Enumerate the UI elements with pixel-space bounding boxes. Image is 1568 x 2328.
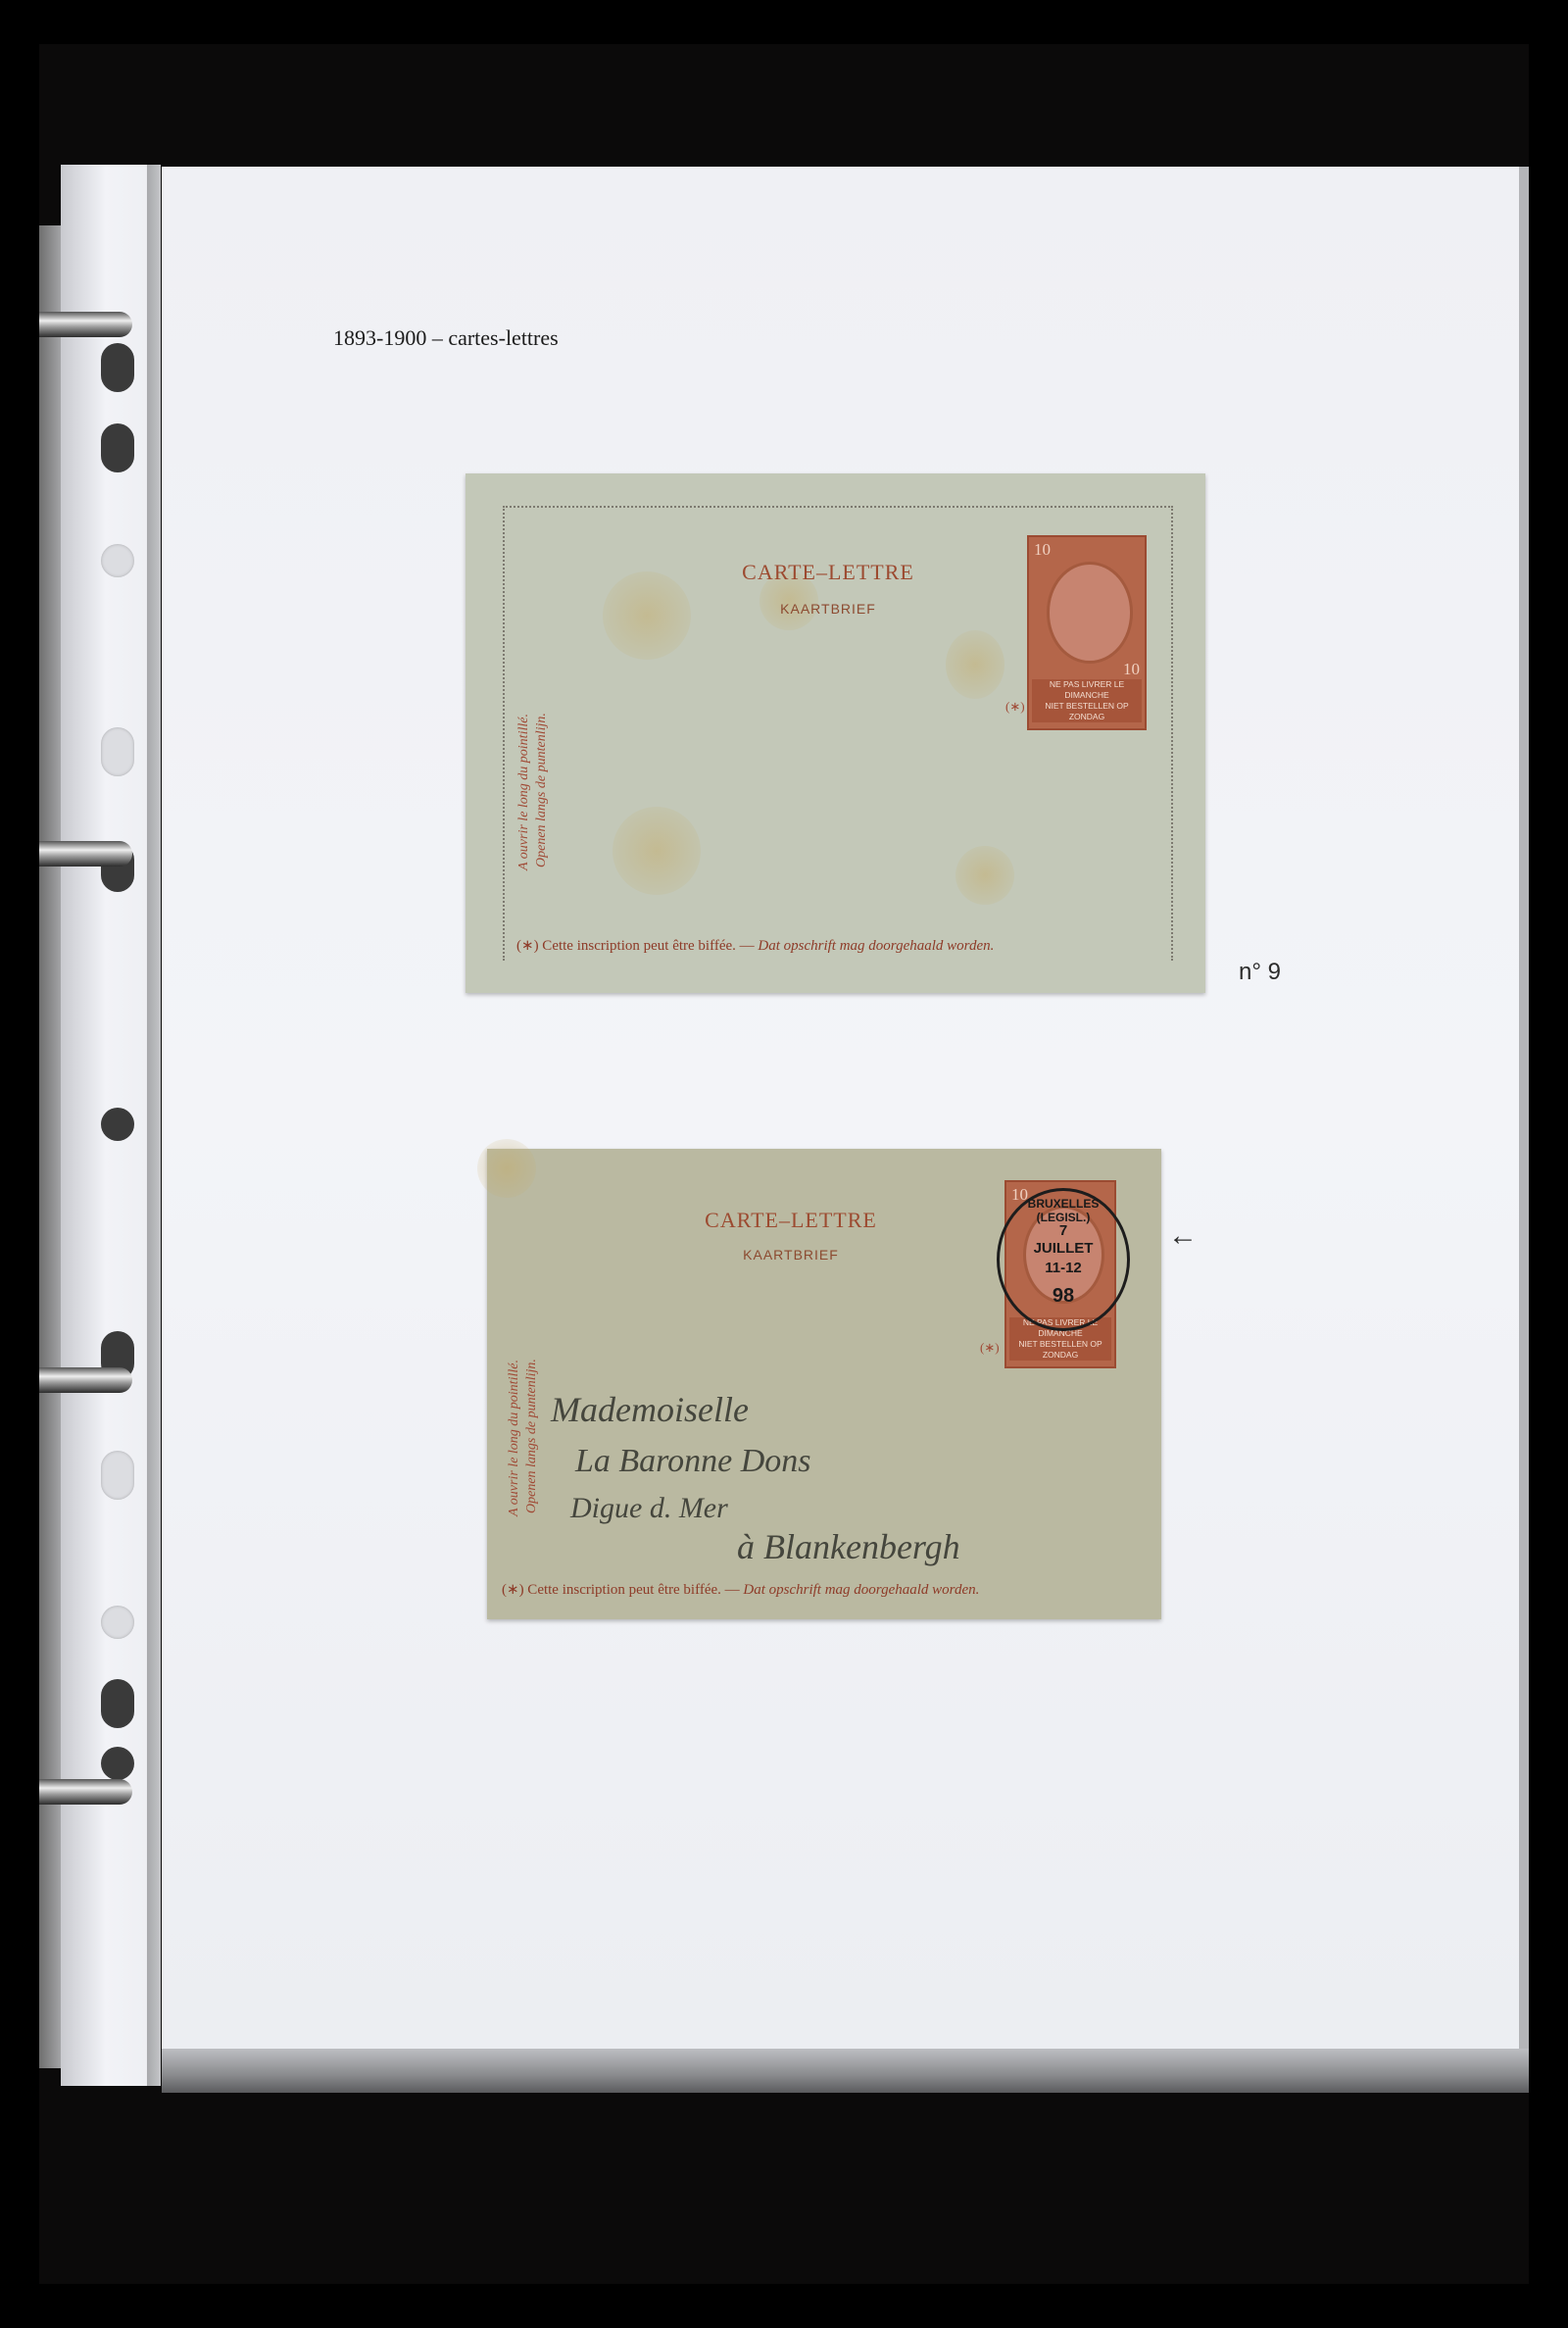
star-marker: (∗): [1005, 699, 1025, 715]
binder-ring: [39, 1367, 132, 1393]
footer-note: (∗) Cette inscription peut être biffée. …: [502, 1580, 979, 1599]
stain: [946, 630, 1004, 699]
punch-hole: [101, 1679, 134, 1728]
punch-hole: [101, 544, 134, 577]
punch-hole: [101, 1606, 134, 1639]
carte-lettre-card-1: CARTE–LETTRE KAARTBRIEF A ouvrir le long…: [465, 473, 1205, 993]
stamp-legend-nl: NIET BESTELLEN OP ZONDAG: [1009, 1339, 1111, 1361]
carte-lettre-card-2: CARTE–LETTRE KAARTBRIEF A ouvrir le long…: [487, 1149, 1161, 1619]
footer-note: (∗) Cette inscription peut être biffée. …: [516, 936, 994, 955]
imprinted-stamp: 10 10 NE PAS LIVRER LE DIMANCHE NIET BES…: [1027, 535, 1147, 730]
punch-hole: [101, 1108, 134, 1141]
postmark-city: BRUXELLES (LEGISL.): [1000, 1197, 1127, 1224]
address-line: à Blankenbergh: [737, 1526, 960, 1567]
pencil-arrow-annotation: ←: [1168, 1219, 1198, 1253]
side-text-nl: Openen langs de puntenlijn.: [524, 1359, 540, 1513]
binder-ring: [39, 1779, 132, 1805]
side-text-nl: Openen langs de puntenlijn.: [534, 713, 550, 867]
address-line: Mademoiselle: [551, 1389, 749, 1430]
stain: [477, 1139, 536, 1198]
address-line: Digue d. Mer: [570, 1492, 728, 1525]
heading-nl: KAARTBRIEF: [663, 1247, 918, 1263]
binder-ring: [39, 312, 132, 337]
postmark-cancel: BRUXELLES (LEGISL.) 7 JUILLET 11-12 98: [997, 1188, 1130, 1331]
punch-hole: [101, 343, 134, 392]
footer-nl: Dat opschrift mag doorgehaald worden.: [743, 1582, 979, 1598]
page-title: 1893-1900 – cartes-lettres: [333, 325, 559, 351]
star-marker: (∗): [980, 1340, 1000, 1356]
pencil-annotation: n° 9: [1239, 959, 1281, 986]
footer-fr: (∗) Cette inscription peut être biffée. …: [516, 938, 755, 954]
side-text-fr: A ouvrir le long du pointillé.: [507, 1360, 522, 1516]
binder-ring: [39, 841, 132, 867]
stamp-legend-nl: NIET BESTELLEN OP ZONDAG: [1032, 701, 1142, 722]
punch-hole: [101, 727, 134, 776]
side-text-fr: A ouvrir le long du pointillé.: [516, 714, 532, 870]
footer-nl: Dat opschrift mag doorgehaald worden.: [758, 938, 994, 954]
postmark-month: JUILLET: [1000, 1240, 1127, 1257]
album-page: [162, 167, 1529, 2051]
punch-hole: [101, 1451, 134, 1500]
stain: [955, 846, 1014, 905]
stain: [612, 807, 701, 895]
stamp-value: 10: [1123, 660, 1140, 679]
sleeve-bottom-edge: [162, 2049, 1529, 2093]
sleeve-edge: [147, 165, 161, 2086]
postmark-year: 98: [1000, 1285, 1127, 1308]
footer-fr: (∗) Cette inscription peut être biffée. …: [502, 1582, 740, 1598]
postmark-day: 7: [1000, 1222, 1127, 1239]
postmark-hours: 11-12: [1000, 1260, 1127, 1276]
heading-fr: CARTE–LETTRE: [663, 1208, 918, 1233]
heading-fr: CARTE–LETTRE: [701, 560, 955, 585]
punch-hole: [101, 1747, 134, 1780]
punch-hole: [101, 423, 134, 472]
stamp-legend: NE PAS LIVRER LE DIMANCHE NIET BESTELLEN…: [1032, 679, 1142, 722]
heading-nl: KAARTBRIEF: [701, 601, 955, 617]
king-portrait: [1047, 562, 1134, 664]
address-line: La Baronne Dons: [575, 1443, 811, 1480]
stamp-value: 10: [1034, 540, 1051, 560]
stamp-legend-fr: NE PAS LIVRER LE DIMANCHE: [1032, 679, 1142, 701]
stain: [603, 571, 691, 660]
